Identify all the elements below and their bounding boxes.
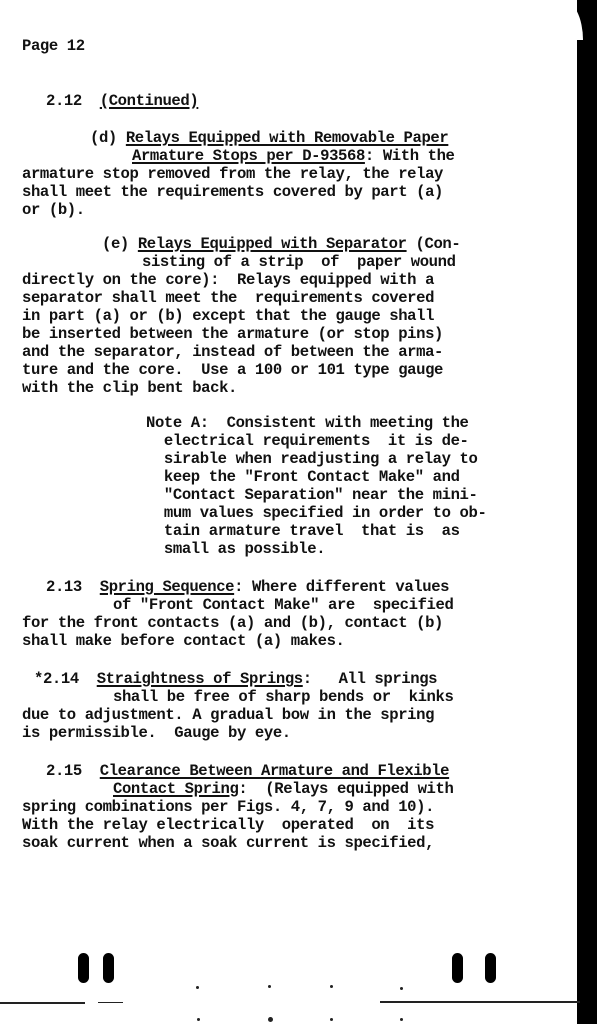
note-line: small as possible. <box>146 540 325 558</box>
text-line: With the relay electrically operated on … <box>22 816 434 834</box>
text-line: with the clip bent back. <box>22 379 237 397</box>
section-title: (Continued) <box>100 92 199 110</box>
section-text: : Where different values <box>234 578 449 596</box>
fold-line <box>0 1002 85 1004</box>
scan-dot <box>268 985 271 988</box>
note-line: electrical requirements it is de- <box>146 432 468 450</box>
text-line: directly on the core): Relays equipped w… <box>22 271 434 289</box>
scan-dot <box>330 1018 333 1021</box>
text-line: due to adjustment. A gradual bow in the … <box>22 706 434 724</box>
item-d-heading: (d) Relays Equipped with Removable Paper <box>90 129 448 147</box>
text-line: shall meet the requirements covered by p… <box>22 183 443 201</box>
item-label: (d) <box>90 129 117 147</box>
text-line: in part (a) or (b) except that the gauge… <box>22 307 434 325</box>
text-line: Contact Spring: (Relays equipped with <box>113 780 453 798</box>
item-text: (Con- <box>407 235 461 253</box>
section-2-13-heading: 2.13 Spring Sequence: Where different va… <box>46 578 449 596</box>
note-line: sirable when readjusting a relay to <box>146 450 477 468</box>
scan-dot <box>196 986 199 989</box>
text-line: be inserted between the armature (or sto… <box>22 325 443 343</box>
text-line: spring combinations per Figs. 4, 7, 9 an… <box>22 798 434 816</box>
item-label: (e) <box>102 235 129 253</box>
item-e-heading: (e) Relays Equipped with Separator (Con- <box>102 235 460 253</box>
section-number: *2.14 <box>34 670 79 688</box>
section-title: Spring Sequence <box>100 578 234 596</box>
text-line: and the separator, instead of between th… <box>22 343 443 361</box>
section-number: 2.15 <box>46 762 82 780</box>
text-line: separator shall meet the requirements co… <box>22 289 434 307</box>
punch-hole <box>452 953 463 983</box>
text-line: shall make before contact (a) makes. <box>22 632 344 650</box>
section-text: : All springs <box>303 670 437 688</box>
section-2-15-heading: 2.15 Clearance Between Armature and Flex… <box>46 762 449 780</box>
scan-dot <box>400 987 403 990</box>
section-number: 2.12 <box>46 92 82 110</box>
page-header: Page 12 <box>22 37 85 55</box>
text-line: for the front contacts (a) and (b), cont… <box>22 614 443 632</box>
section-title: Straightness of Springs <box>97 670 303 688</box>
text-line: is permissible. Gauge by eye. <box>22 724 291 742</box>
scan-dot <box>197 1018 200 1021</box>
item-title-cont: Armature Stops per D-93568 <box>132 147 365 165</box>
section-text: : (Relays equipped with <box>238 780 453 798</box>
text-line: armature stop removed from the relay, th… <box>22 165 443 183</box>
note-line: "Contact Separation" near the mini- <box>146 486 477 504</box>
note-line: keep the "Front Contact Make" and <box>146 468 460 486</box>
section-title: Clearance Between Armature and Flexible <box>100 762 449 780</box>
scan-dot <box>400 1018 403 1021</box>
section-2-12-heading: 2.12 (Continued) <box>46 92 198 110</box>
section-2-14-heading: *2.14 Straightness of Springs: All sprin… <box>34 670 437 688</box>
text-line: ture and the core. Use a 100 or 101 type… <box>22 361 443 379</box>
scan-edge <box>577 0 597 1024</box>
item-title: Relays Equipped with Removable Paper <box>126 129 448 147</box>
item-title: Relays Equipped with Separator <box>138 235 407 253</box>
punch-hole <box>103 953 114 983</box>
text-line: of "Front Contact Make" are specified <box>113 596 453 614</box>
scan-dot <box>330 985 333 988</box>
fold-line <box>380 1001 580 1003</box>
fold-line <box>98 1002 123 1003</box>
text-line: or (b). <box>22 201 85 219</box>
scan-dot <box>268 1017 273 1022</box>
section-number: 2.13 <box>46 578 82 596</box>
note-line: tain armature travel that is as <box>146 522 460 540</box>
punch-hole <box>78 953 89 983</box>
text-line: soak current when a soak current is spec… <box>22 834 434 852</box>
note-line: mum values specified in order to ob- <box>146 504 486 522</box>
punch-hole <box>485 953 496 983</box>
item-text: : With the <box>365 147 455 165</box>
section-title-cont: Contact Spring <box>113 780 238 798</box>
text-line: shall be free of sharp bends or kinks <box>113 688 453 706</box>
note-line: Note A: Consistent with meeting the <box>146 414 468 432</box>
document-page: Page 12 2.12 (Continued) (d) Relays Equi… <box>0 0 580 1024</box>
text-line: sisting of a strip of paper wound <box>142 253 456 271</box>
item-d-line2: Armature Stops per D-93568: With the <box>132 147 454 165</box>
